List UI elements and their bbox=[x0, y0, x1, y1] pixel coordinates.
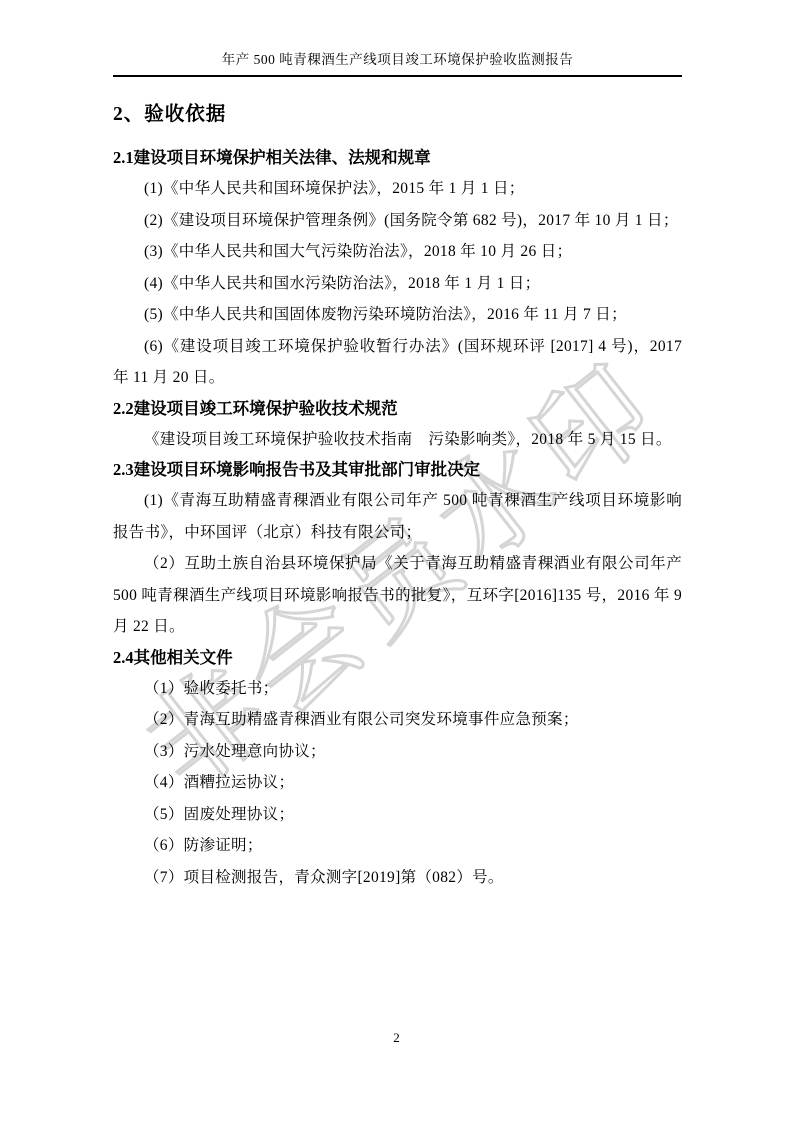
list-item: （2）青海互助精盛青稞酒业有限公司突发环境事件应急预案； bbox=[113, 704, 682, 736]
section-2-4: 2.4其他相关文件 （1）验收委托书； （2）青海互助精盛青稞酒业有限公司突发环… bbox=[113, 643, 682, 894]
header-divider bbox=[113, 75, 682, 77]
section-heading: 2.3建设项目环境影响报告书及其审批部门审批决定 bbox=[113, 455, 682, 485]
list-item: (3)《中华人民共和国大气污染防治法》，2018 年 10 月 26 日； bbox=[113, 236, 682, 268]
list-item: (1)《青海互助精盛青稞酒业有限公司年产 500 吨青稞酒生产线项目环境影响报告… bbox=[113, 485, 682, 548]
section-2-1: 2.1建设项目环境保护相关法律、法规和规章 (1)《中华人民共和国环境保护法》，… bbox=[113, 143, 682, 394]
chapter-title: 2、验收依据 bbox=[113, 102, 682, 128]
list-item: （4）酒糟拉运协议； bbox=[113, 767, 682, 799]
page-number: 2 bbox=[0, 1030, 793, 1046]
section-2-2: 2.2建设项目竣工环境保护验收技术规范 《建设项目竣工环境保护验收技术指南 污染… bbox=[113, 394, 682, 456]
section-heading: 2.1建设项目环境保护相关法律、法规和规章 bbox=[113, 143, 682, 173]
list-item: 《建设项目竣工环境保护验收技术指南 污染影响类》，2018 年 5 月 15 日… bbox=[113, 424, 682, 456]
list-item: （1）验收委托书； bbox=[113, 673, 682, 705]
section-2-3: 2.3建设项目环境影响报告书及其审批部门审批决定 (1)《青海互助精盛青稞酒业有… bbox=[113, 455, 682, 643]
list-item: (6)《建设项目竣工环境保护验收暂行办法》(国环规环评 [2017] 4 号)，… bbox=[113, 331, 682, 394]
document-page: 非会员水印 年产 500 吨青稞酒生产线项目竣工环境保护验收监测报告 2、验收依… bbox=[0, 0, 793, 1122]
section-heading: 2.4其他相关文件 bbox=[113, 643, 682, 673]
section-heading: 2.2建设项目竣工环境保护验收技术规范 bbox=[113, 394, 682, 424]
list-item: (1)《中华人民共和国环境保护法》，2015 年 1 月 1 日； bbox=[113, 173, 682, 205]
list-item: (5)《中华人民共和国固体废物污染环境防治法》，2016 年 11 月 7 日； bbox=[113, 299, 682, 331]
list-item: （3）污水处理意向协议； bbox=[113, 736, 682, 768]
document-content: 年产 500 吨青稞酒生产线项目竣工环境保护验收监测报告 2、验收依据 2.1建… bbox=[113, 0, 682, 893]
page-header: 年产 500 吨青稞酒生产线项目竣工环境保护验收监测报告 bbox=[113, 0, 682, 77]
list-item: （2）互助土族自治县环境保护局《关于青海互助精盛青稞酒业有限公司年产 500 吨… bbox=[113, 548, 682, 643]
running-header-title: 年产 500 吨青稞酒生产线项目竣工环境保护验收监测报告 bbox=[113, 0, 682, 68]
list-item: (4)《中华人民共和国水污染防治法》，2018 年 1 月 1 日； bbox=[113, 268, 682, 300]
list-item: （7）项目检测报告，青众测字[2019]第（082）号。 bbox=[113, 862, 682, 894]
list-item: （5）固废处理协议； bbox=[113, 799, 682, 831]
list-item: (2)《建设项目环境保护管理条例》(国务院令第 682 号)，2017 年 10… bbox=[113, 205, 682, 237]
list-item: （6）防渗证明； bbox=[113, 830, 682, 862]
